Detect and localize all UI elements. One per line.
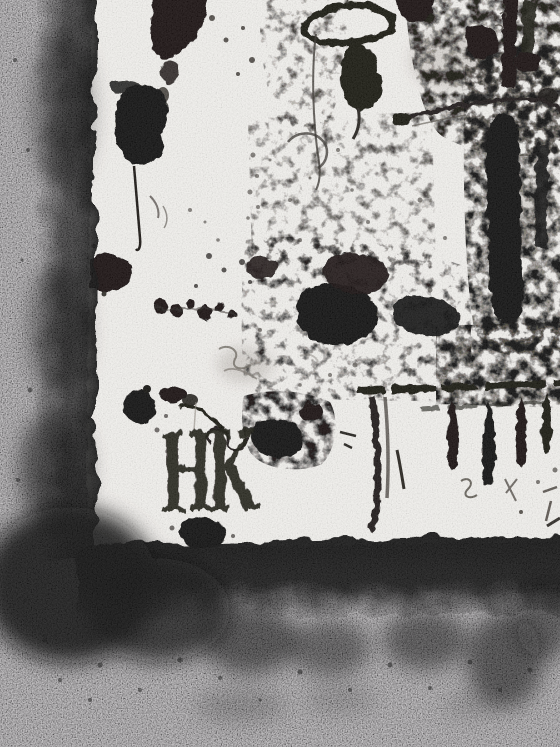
artwork-image: HK xyxy=(0,0,560,747)
photo-grain-overlay xyxy=(0,0,560,747)
artwork-photo: HK xyxy=(0,0,560,747)
